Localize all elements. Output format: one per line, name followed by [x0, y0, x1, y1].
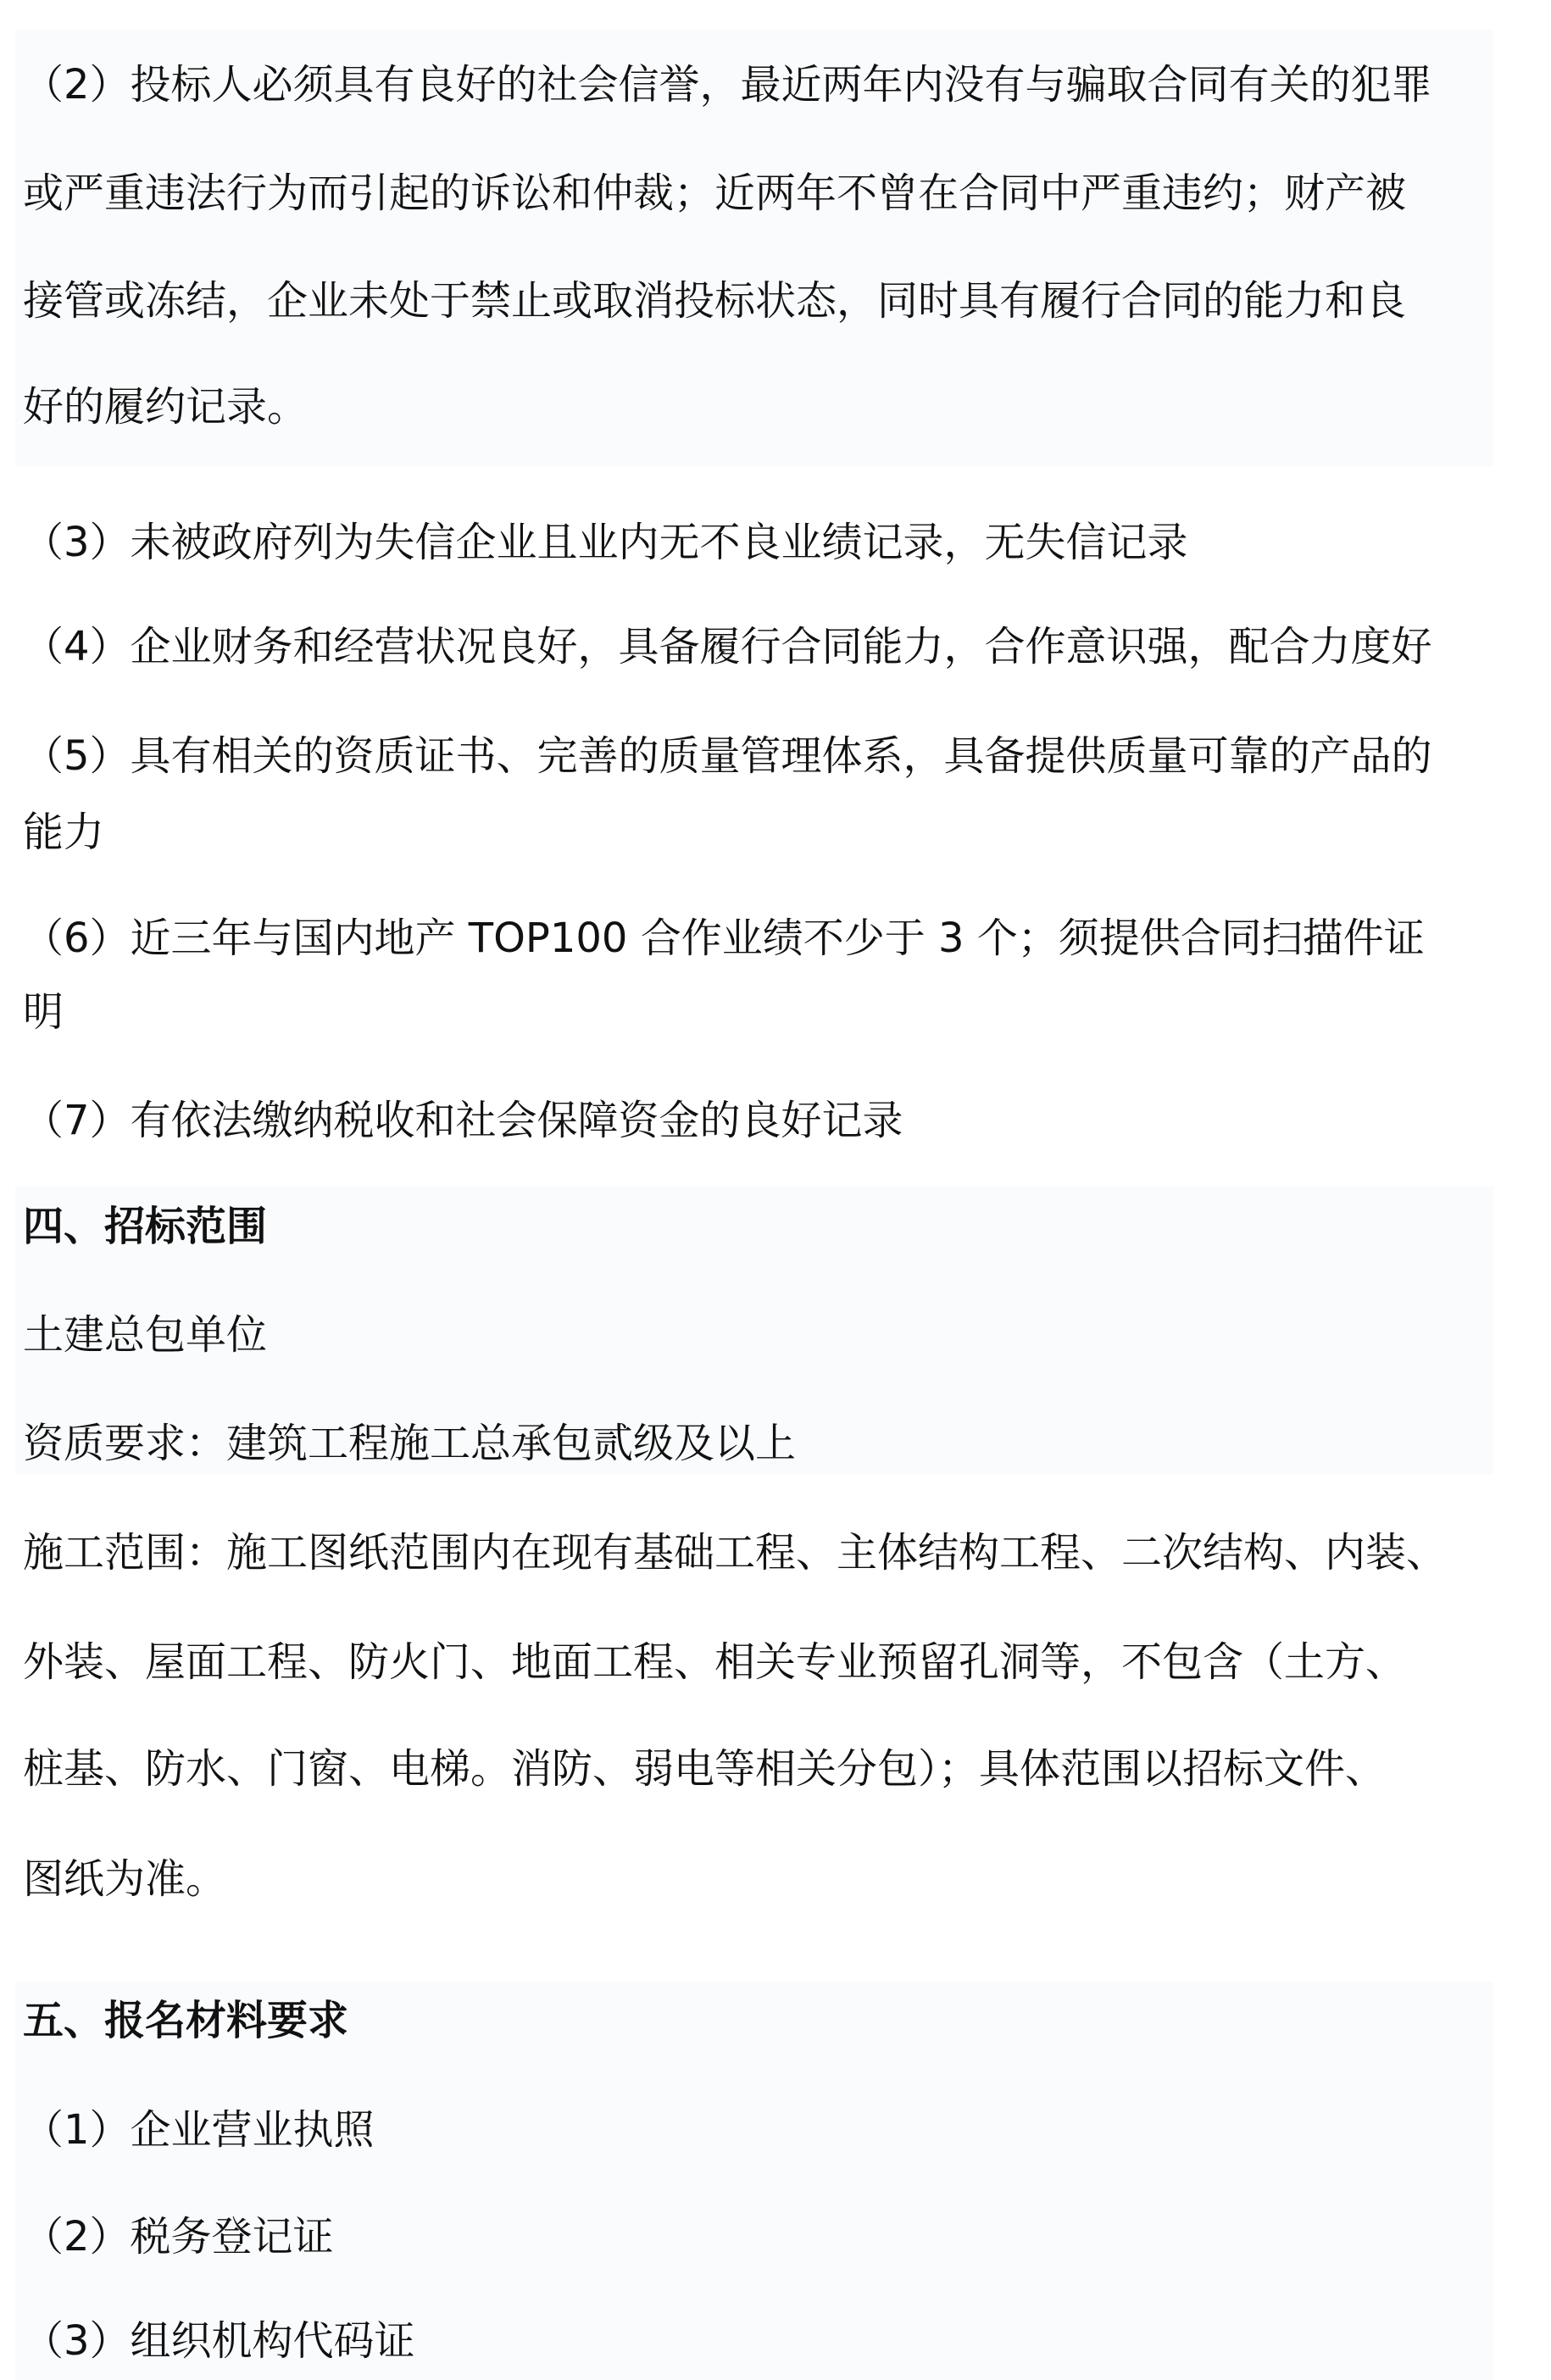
material-item-3: （3）组织机构代码证: [23, 2316, 415, 2366]
paragraph-line: 明: [23, 987, 64, 1037]
bid-unit-text: 土建总包单位: [23, 1310, 267, 1360]
paragraph-line: 桩基、防水、门窗、电梯。消防、弱电等相关分包）；具体范围以招标文件、: [23, 1743, 1386, 1794]
section-heading-registration-materials: 五、报名材料要求: [23, 1995, 348, 2046]
paragraph-line: 或严重违法行为而引起的诉讼和仲裁；近两年不曾在合同中严重违约；财产被: [23, 168, 1406, 219]
requirement-item-3: （3）未被政府列为失信企业且业内无不良业绩记录，无失信记录: [23, 517, 1188, 568]
material-item-1: （1）企业营业执照: [23, 2105, 375, 2155]
paragraph-line: （2）投标人必须具有良好的社会信誉，最近两年内没有与骗取合同有关的犯罪: [23, 59, 1432, 110]
material-item-2: （2）税务登记证: [23, 2211, 334, 2262]
paragraph-line: 施工范围：施工图纸范围内在现有基础工程、主体结构工程、二次结构、内装、: [23, 1527, 1447, 1578]
paragraph-line: 好的履约记录。: [23, 381, 308, 432]
paragraph-line: 接管或冻结，企业未处于禁止或取消投标状态，同时具有履行合同的能力和良: [23, 275, 1406, 326]
paragraph-line: 能力: [23, 807, 104, 858]
paragraph-line: （5）具有相关的资质证书、完善的质量管理体系，具备提供质量可靠的产品的: [23, 731, 1432, 781]
section-heading-bid-scope: 四、招标范围: [23, 1201, 267, 1252]
requirement-item-4: （4）企业财务和经营状况良好，具备履行合同能力，合作意识强，配合力度好: [23, 621, 1432, 672]
paragraph-line: 图纸为准。: [23, 1854, 226, 1905]
qualification-requirement: 资质要求：建筑工程施工总承包贰级及以上: [23, 1418, 796, 1469]
paragraph-line: （6）近三年与国内地产 TOP100 合作业绩不少于 3 个；须提供合同扫描件证: [23, 913, 1425, 964]
paragraph-line: 外装、屋面工程、防火门、地面工程、相关专业预留孔洞等，不包含（土方、: [23, 1637, 1406, 1688]
requirement-item-7: （7）有依法缴纳税收和社会保障资金的良好记录: [23, 1095, 903, 1146]
